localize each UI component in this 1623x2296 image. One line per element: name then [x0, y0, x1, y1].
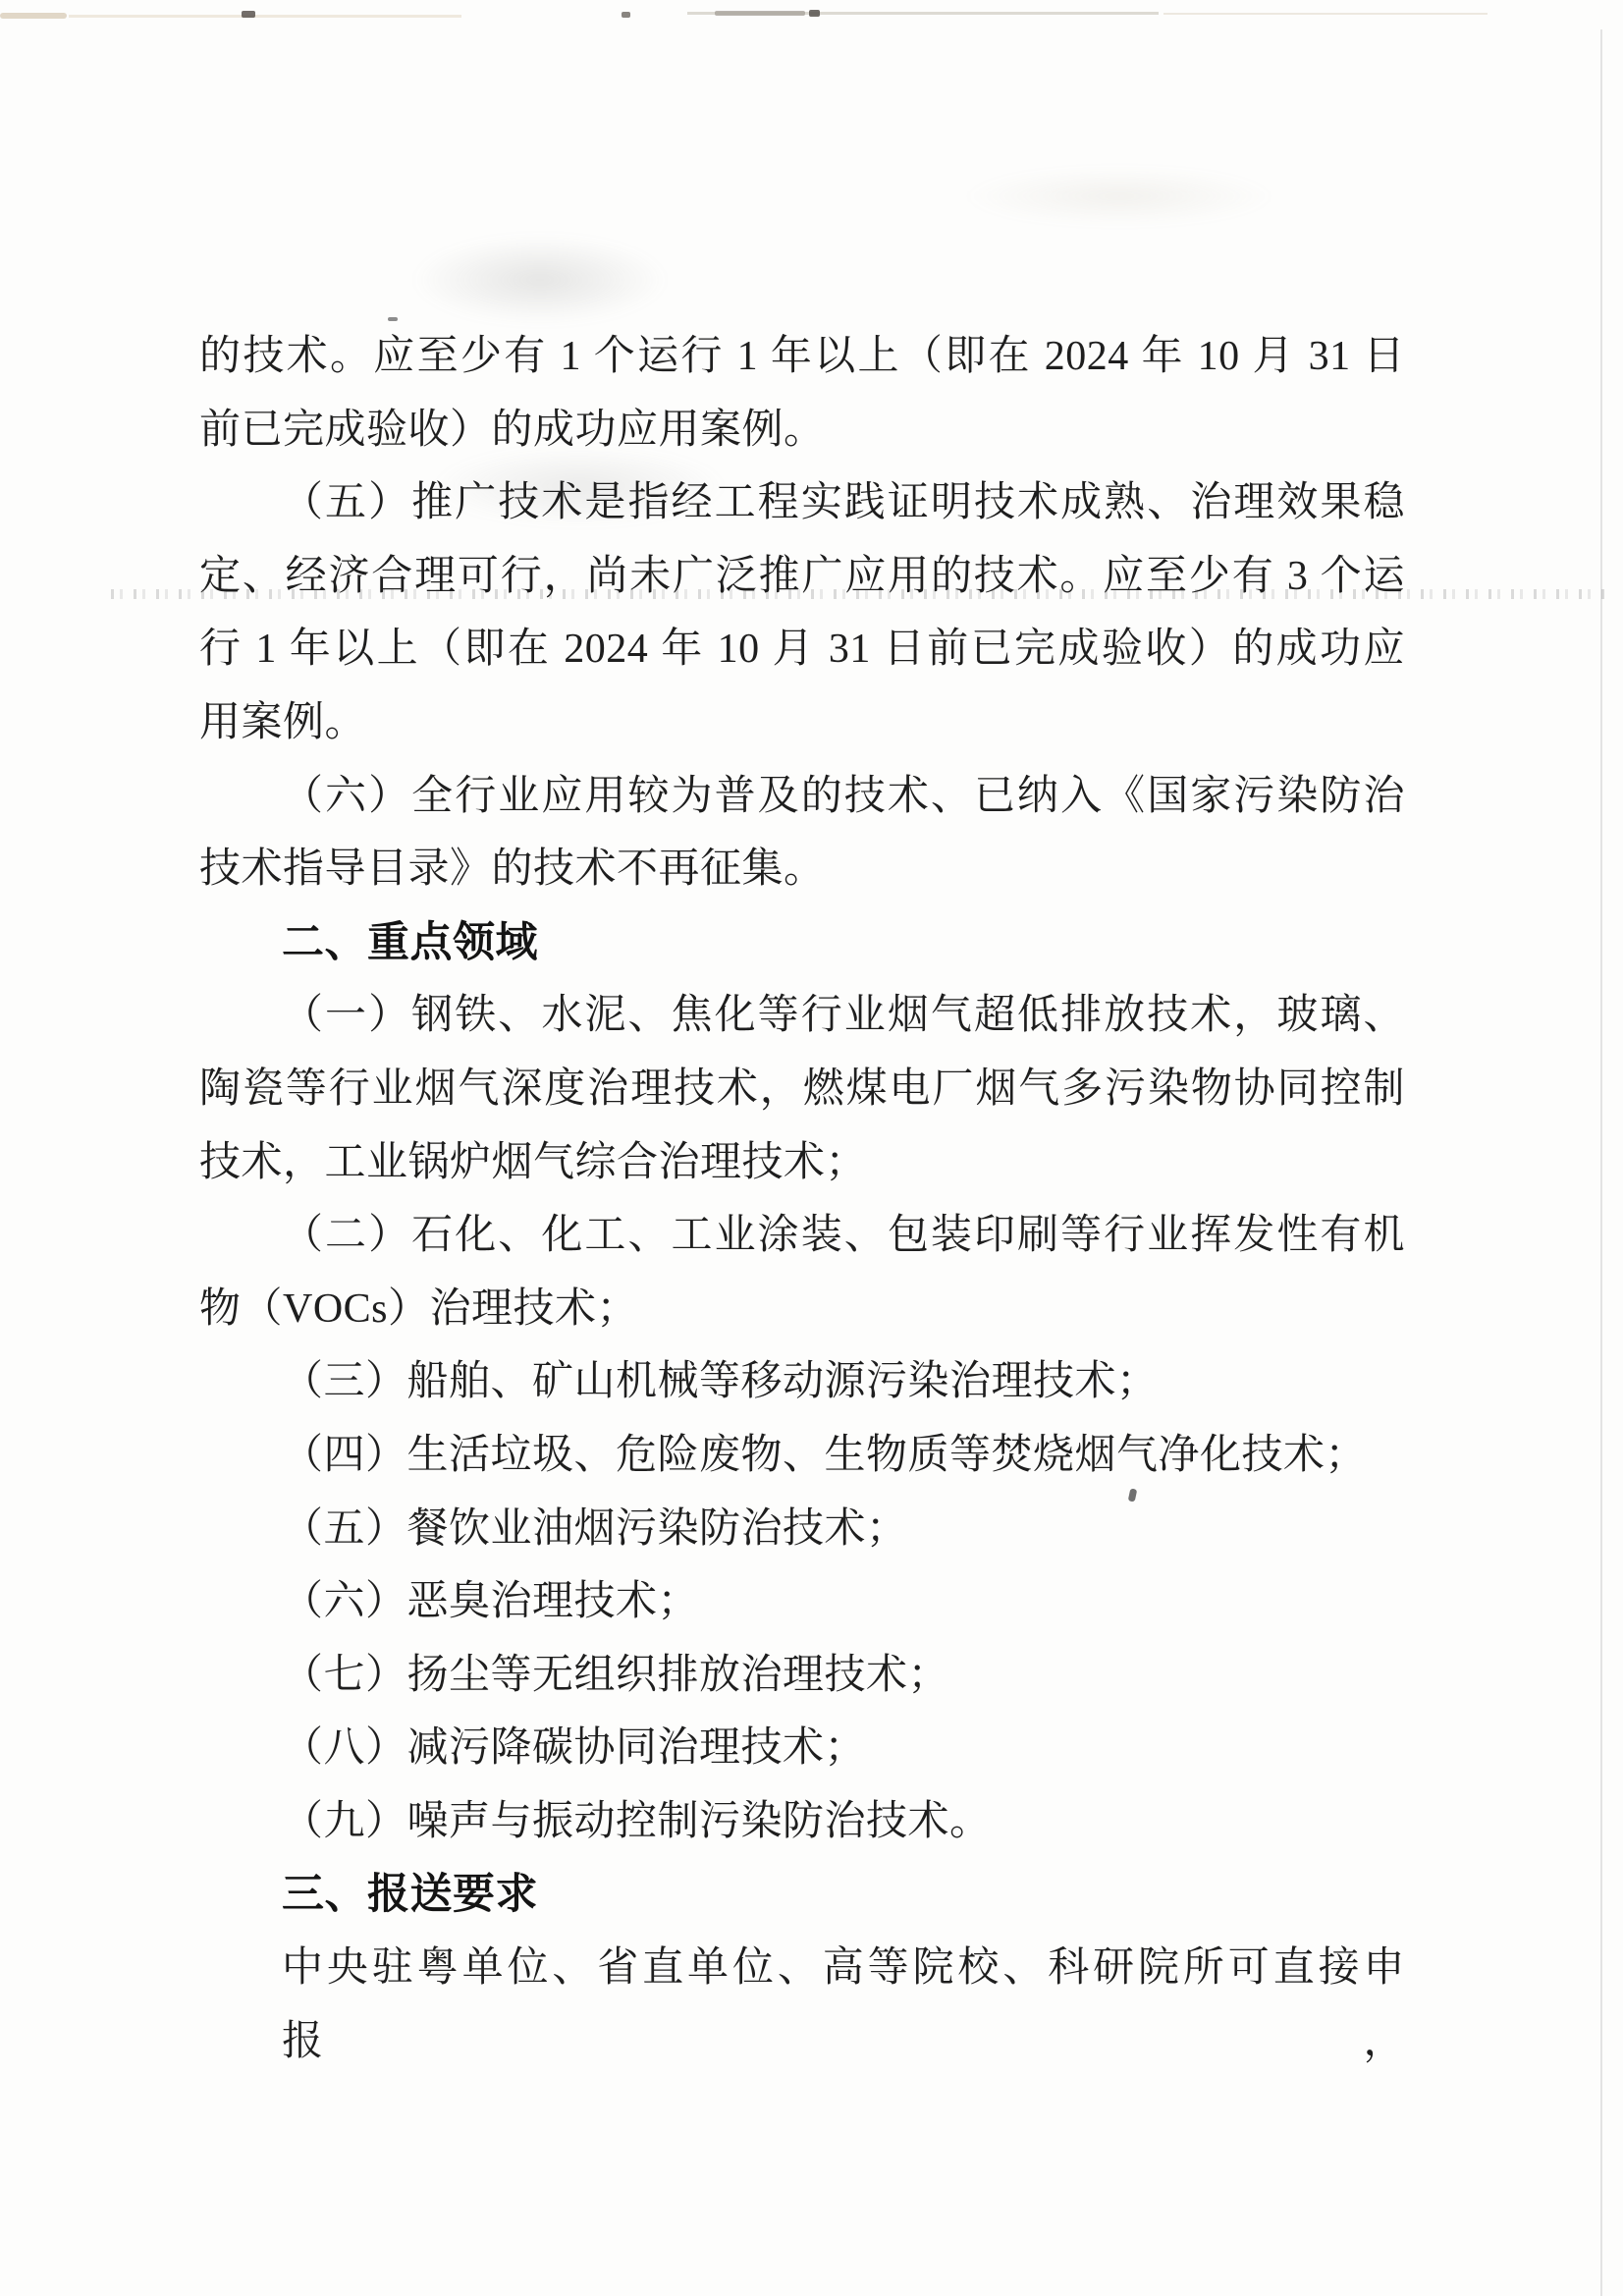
scan-streak-artifact	[715, 11, 805, 16]
body-line: （七）扬尘等无组织排放治理技术；	[199, 1639, 1405, 1713]
scan-speck-artifact	[809, 10, 820, 17]
body-line: （六）恶臭治理技术；	[199, 1565, 1405, 1639]
body-line: 的技术。应至少有 1 个运行 1 年以上（即在 2024 年 10 月 31 日	[199, 320, 1405, 394]
body-line: （五）餐饮业油烟污染防治技术；	[199, 1493, 1405, 1566]
scan-streak-artifact	[69, 15, 461, 18]
scan-speck-artifact	[242, 11, 255, 18]
body-line: （八）减污降碳协同治理技术；	[199, 1712, 1405, 1785]
section-heading-key-areas: 二、重点领域	[199, 906, 1405, 980]
scanner-edge-line	[1600, 29, 1602, 2296]
scan-speck-artifact	[622, 12, 630, 18]
body-line: （五）推广技术是指经工程实践证明技术成熟、治理效果稳	[199, 466, 1405, 540]
body-line: （二）石化、化工、工业涂装、包装印刷等行业挥发性有机	[199, 1199, 1405, 1273]
body-line: （一）钢铁、水泥、焦化等行业烟气超低排放技术，玻璃、	[199, 979, 1405, 1053]
scan-smudge	[412, 236, 668, 324]
body-line: 行 1 年以上（即在 2024 年 10 月 31 日前已完成验收）的成功应	[199, 613, 1405, 686]
document-page: 的技术。应至少有 1 个运行 1 年以上（即在 2024 年 10 月 31 日…	[0, 0, 1623, 2296]
body-line: 物（VOCs）治理技术；	[199, 1273, 1405, 1346]
body-line: （三）船舶、矿山机械等移动源污染治理技术；	[199, 1345, 1405, 1419]
body-line: （九）噪声与振动控制污染防治技术。	[199, 1785, 1405, 1859]
body-line: 中央驻粤单位、省直单位、高等院校、科研院所可直接申报，	[199, 1932, 1405, 2005]
body-line: （四）生活垃圾、危险废物、生物质等焚烧烟气净化技术；	[199, 1419, 1405, 1493]
scan-smudge	[962, 167, 1276, 226]
document-body: 的技术。应至少有 1 个运行 1 年以上（即在 2024 年 10 月 31 日…	[199, 320, 1405, 2005]
body-line: 用案例。	[199, 686, 1405, 760]
body-line: 技术，工业锅炉烟气综合治理技术；	[199, 1126, 1405, 1200]
section-heading-submission-requirements: 三、报送要求	[199, 1858, 1405, 1932]
body-line: 技术指导目录》的技术不再征集。	[199, 833, 1405, 906]
body-line: 陶瓷等行业烟气深度治理技术，燃煤电厂烟气多污染物协同控制	[199, 1053, 1405, 1126]
scan-streak-artifact	[687, 12, 1159, 15]
scan-streak-artifact	[0, 13, 67, 19]
body-line: （六）全行业应用较为普及的技术、已纳入《国家污染防治	[199, 760, 1405, 834]
body-line: 前已完成验收）的成功应用案例。	[199, 394, 1405, 467]
scan-streak-artifact	[1163, 13, 1488, 15]
body-line: 定、经济合理可行，尚未广泛推广应用的技术。应至少有 3 个运	[199, 540, 1405, 614]
